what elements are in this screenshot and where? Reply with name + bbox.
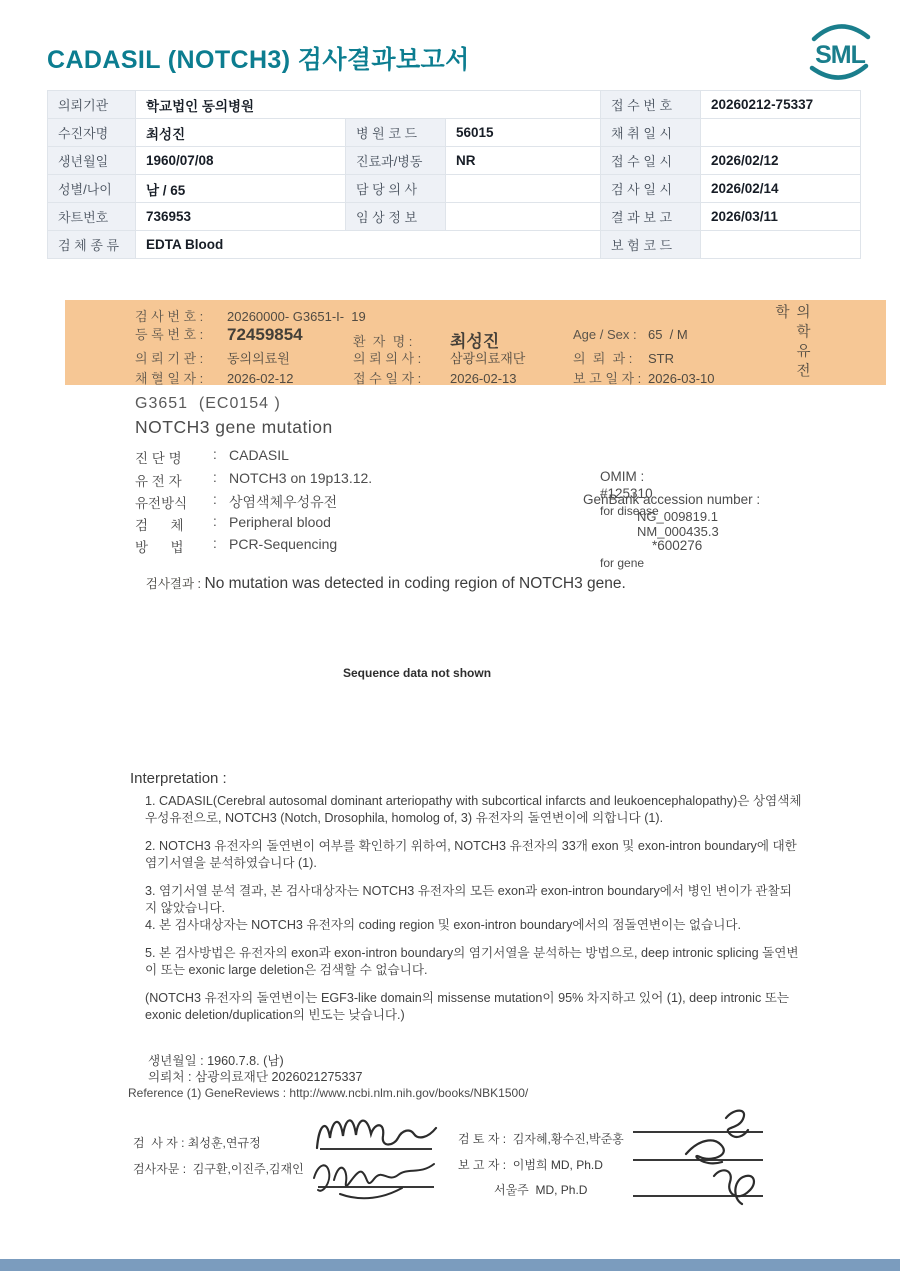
interpretation-paragraph: 2. NOTCH3 유전자의 돌연변이 여부를 확인하기 위하여, NOTCH3…	[145, 838, 803, 872]
stamp-collect-date: 채 혈 일 자 : 2026-02-12	[135, 368, 294, 387]
field-label: 성별/나이	[48, 175, 136, 203]
field-value: 736953	[136, 203, 346, 231]
page-title: CADASIL (NOTCH3) 검사결과보고서	[47, 40, 470, 76]
stamp-client: 의 뢰 기 관 : 동의의료원	[135, 348, 290, 367]
stamp-age-sex: Age / Sex : 65 / M	[573, 327, 688, 342]
genbank-accession-1: NG_009819.1	[637, 509, 718, 524]
examiner-label: 검 사 자 : 최성훈,연규정	[133, 1134, 261, 1151]
field-value: NR	[446, 147, 601, 175]
field-value	[701, 231, 861, 259]
field-value: 학교법인 동의병원	[136, 91, 601, 119]
test-name: NOTCH3 gene mutation	[135, 417, 333, 438]
stamp-reg-no: 등 록 번 호 : 72459854	[135, 324, 303, 344]
reporter-signature-scribble	[628, 1104, 783, 1214]
report-field-method: 방 법: PCR-Sequencing	[135, 536, 337, 556]
field-label: 접 수 번 호	[601, 91, 701, 119]
stamp-report-date: 보 고 일 자 : 2026-03-10	[573, 368, 715, 387]
field-value	[446, 175, 601, 203]
interpretation-paragraph: 3. 염기서열 분석 결과, 본 검사대상자는 NOTCH3 유전자의 모든 e…	[145, 883, 803, 917]
reference-line: Reference (1) GeneReviews : http://www.n…	[128, 1086, 528, 1100]
field-label: 담 당 의 사	[346, 175, 446, 203]
table-row: 의뢰기관 학교법인 동의병원 접 수 번 호 20260212-75337	[48, 91, 861, 119]
field-label: 보 험 코 드	[601, 231, 701, 259]
interpretation-paragraph: 5. 본 검사방법은 유전자의 exon과 exon-intron bounda…	[145, 945, 803, 979]
field-label: 병 원 코 드	[346, 119, 446, 147]
field-label: 임 상 정 보	[346, 203, 446, 231]
field-value: 남 / 65	[136, 175, 346, 203]
field-label: 진료과/병동	[346, 147, 446, 175]
table-row: 생년월일 1960/07/08 진료과/병동 NR 접 수 일 시 2026/0…	[48, 147, 861, 175]
field-value	[701, 119, 861, 147]
field-value: 2026/03/11	[701, 203, 861, 231]
field-label: 검 체 종 류	[48, 231, 136, 259]
test-code: G3651 (EC0154 )	[135, 395, 281, 413]
field-value: 2026/02/12	[701, 147, 861, 175]
field-label: 생년월일	[48, 147, 136, 175]
field-label: 접 수 일 시	[601, 147, 701, 175]
field-value: EDTA Blood	[136, 231, 601, 259]
field-label: 의뢰기관	[48, 91, 136, 119]
interpretation-title: Interpretation :	[130, 770, 227, 787]
field-value: 1960/07/08	[136, 147, 346, 175]
field-label: 채 취 일 시	[601, 119, 701, 147]
advisor-signature-scribble	[308, 1148, 463, 1206]
field-label: 검 사 일 시	[601, 175, 701, 203]
report-field-gene: 유 전 자: NOTCH3 on 19p13.12.	[135, 470, 372, 490]
genbank-accession-2: NM_000435.3	[637, 524, 719, 539]
footer-bar	[0, 1259, 900, 1271]
test-result-line: 검사결과 : No mutation was detected in codin…	[128, 556, 626, 611]
genbank-label: GenBank accession number :	[583, 492, 760, 507]
interpretation-body: 1. CADASIL(Cerebral autosomal dominant a…	[145, 793, 803, 1035]
field-value: 최성진	[136, 119, 346, 147]
interpretation-paragraph: 4. 본 검사대상자는 NOTCH3 유전자의 coding region 및 …	[145, 917, 803, 934]
table-row: 성별/나이 남 / 65 담 당 의 사 검 사 일 시 2026/02/14	[48, 175, 861, 203]
interpretation-paragraph: 1. CADASIL(Cerebral autosomal dominant a…	[145, 793, 803, 827]
stamp-ref-dept: 의 뢰 과 : STR	[573, 348, 674, 367]
table-row: 수진자명 최성진 병 원 코 드 56015 채 취 일 시	[48, 119, 861, 147]
advisor-label: 검사자문 : 김구환,이진주,김재인	[133, 1160, 304, 1177]
field-value	[446, 203, 601, 231]
client-line: 의뢰처 : 삼광의료재단 2026021275337	[148, 1066, 363, 1085]
stamp-side-vertical-text: 의학유전학	[771, 304, 813, 385]
patient-info-table: 의뢰기관 학교법인 동의병원 접 수 번 호 20260212-75337 수진…	[47, 90, 861, 259]
lab-report-page: CADASIL (NOTCH3) 검사결과보고서 SML 의뢰기관 학교법인 동…	[0, 0, 900, 1271]
field-label: 결 과 보 고	[601, 203, 701, 231]
sml-logo-icon: SML	[802, 22, 878, 82]
report-field-inheritance: 유전방식: 상염색체우성유전	[135, 492, 337, 512]
stamp-ref-doctor: 의 뢰 의 사 : 삼광의료재단	[353, 348, 525, 367]
sml-logo-text: SML	[815, 41, 866, 69]
stamp-receipt-date: 접 수 일 자 : 2026-02-13	[353, 368, 517, 387]
table-row: 검 체 종 류 EDTA Blood 보 험 코 드	[48, 231, 861, 259]
field-value: 56015	[446, 119, 601, 147]
result-value: No mutation was detected in coding regio…	[205, 575, 626, 592]
sequence-note: Sequence data not shown	[343, 666, 491, 680]
field-value: 2026/02/14	[701, 175, 861, 203]
omim-gene-id: *600276	[600, 538, 702, 553]
field-label: 차트번호	[48, 203, 136, 231]
field-label: 수진자명	[48, 119, 136, 147]
interpretation-paragraph: (NOTCH3 유전자의 돌연변이는 EGF3-like domain의 mis…	[145, 990, 803, 1024]
lab-stamp-band: 검 사 번 호 : 20260000- G3651-I- 19 등 록 번 호 …	[65, 300, 886, 385]
reporter-label: 보 고 자 : 이범희 MD, Ph.D	[458, 1156, 603, 1173]
report-field-specimen: 검 체: Peripheral blood	[135, 514, 331, 534]
table-row: 차트번호 736953 임 상 정 보 결 과 보 고 2026/03/11	[48, 203, 861, 231]
field-value: 20260212-75337	[701, 91, 861, 119]
reviewer-label: 검 토 자 : 김자혜,황수진,박준홍	[458, 1130, 624, 1147]
reporter2-label: 서울주 MD, Ph.D	[494, 1181, 587, 1198]
report-field-diagnosis: 진 단 명: CADASIL	[135, 447, 289, 467]
stamp-exam-no: 검 사 번 호 : 20260000- G3651-I- 19	[135, 306, 366, 325]
